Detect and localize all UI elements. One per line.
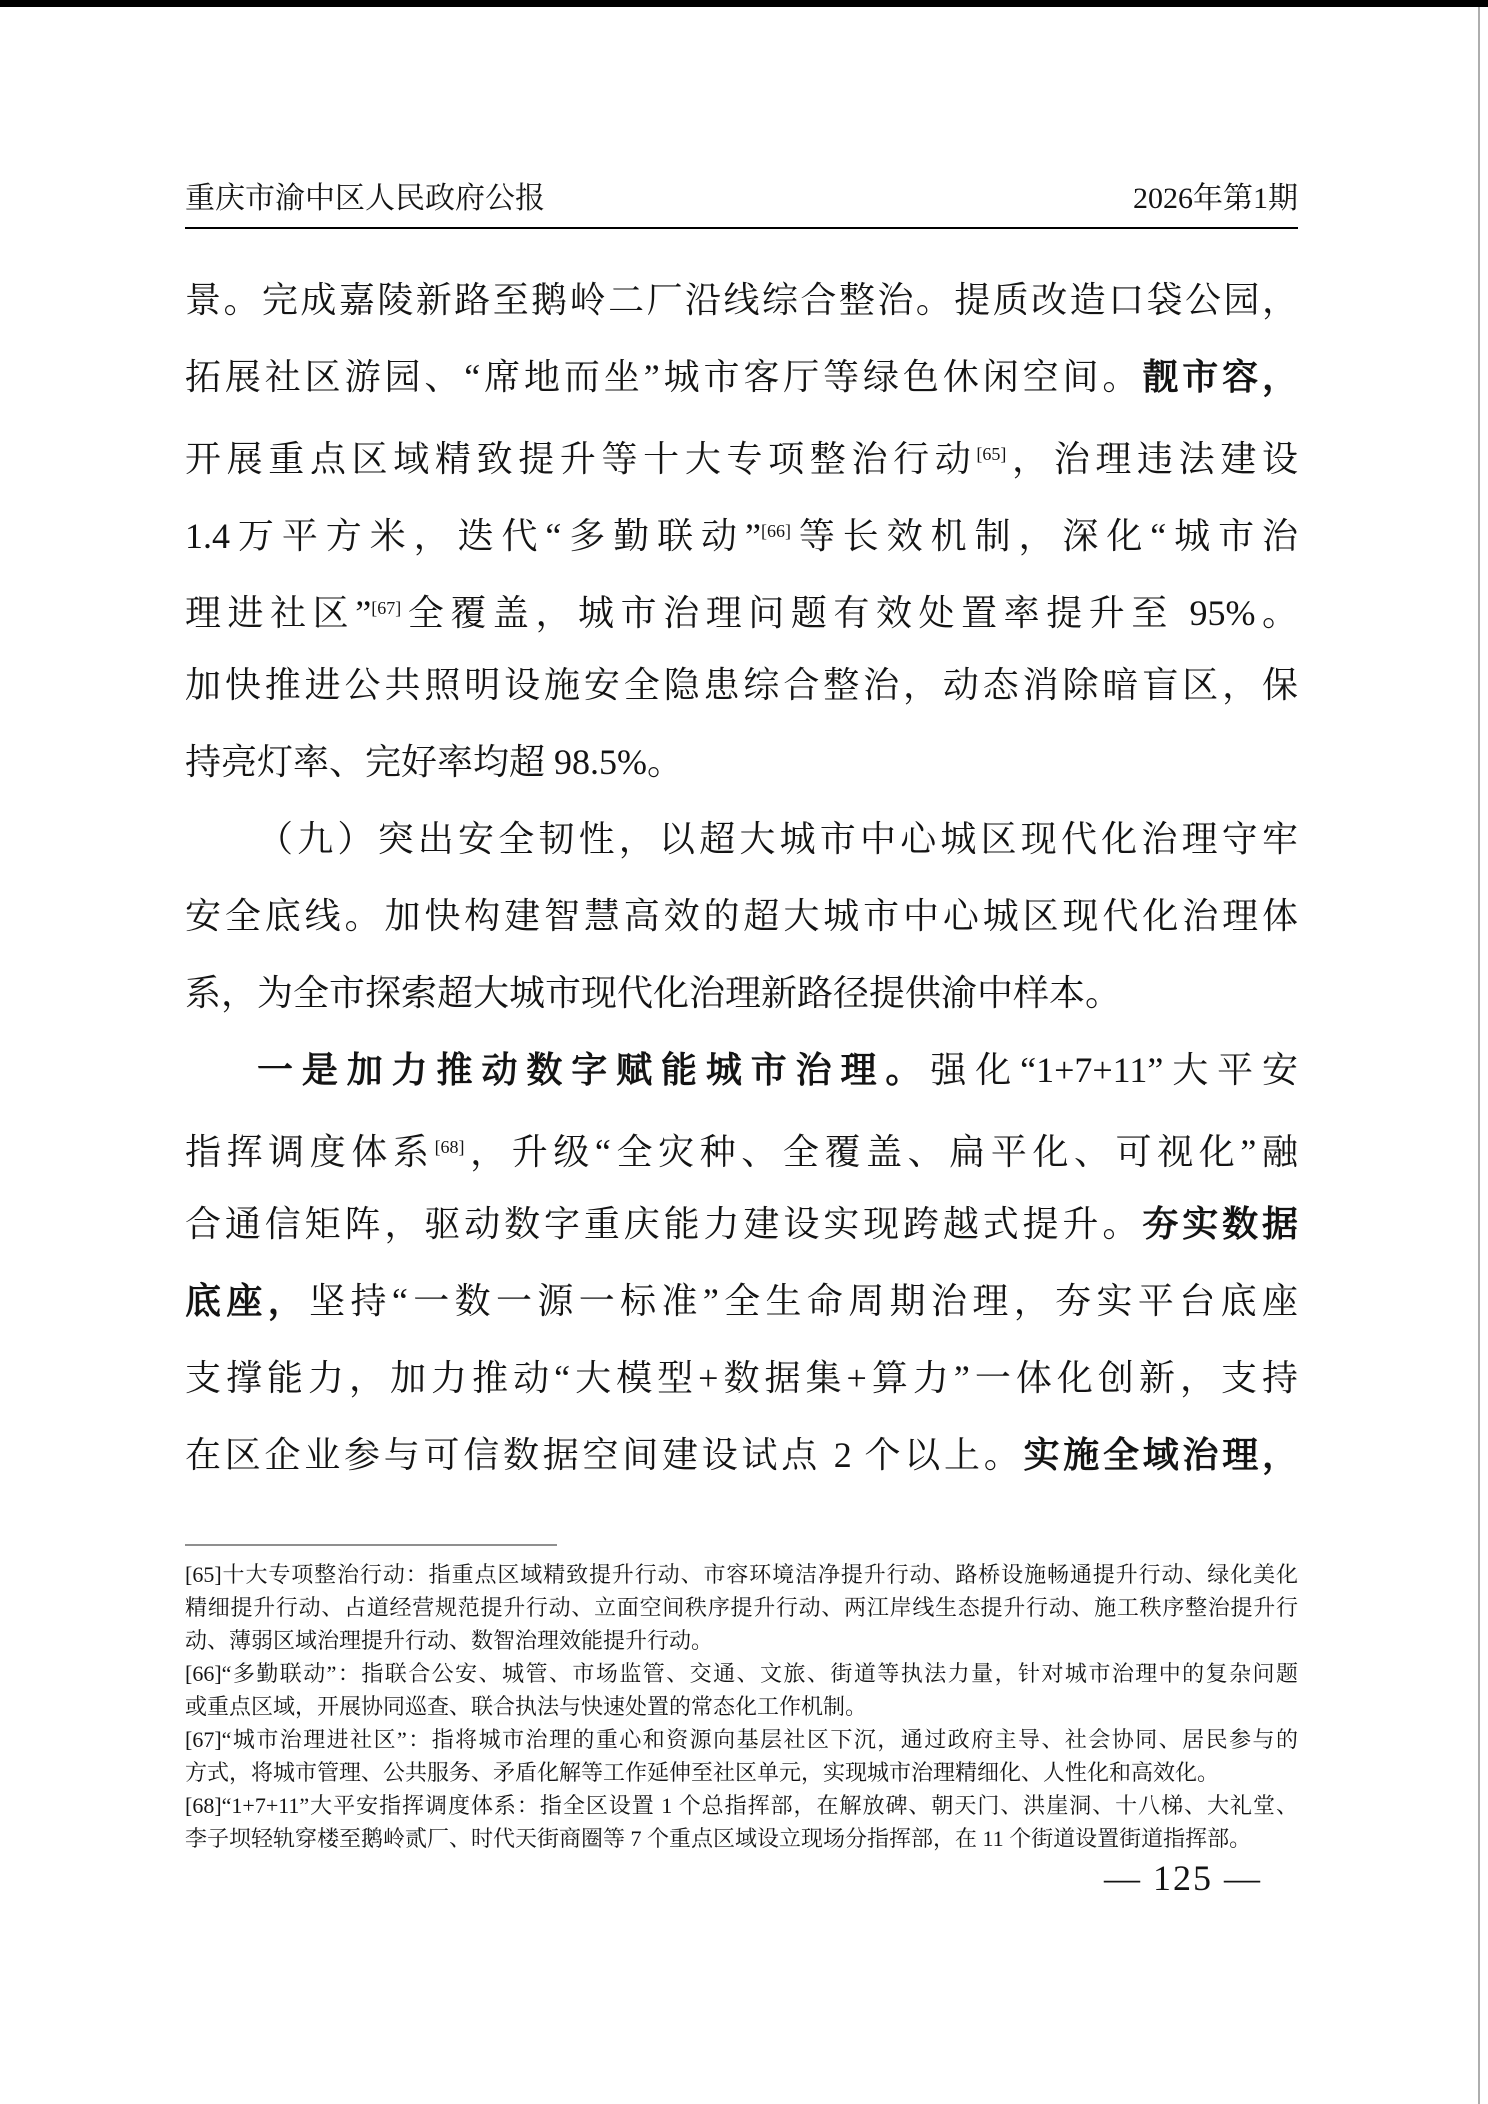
text-line: 持亮灯率、完好率均超 98.5%。 — [185, 724, 1298, 801]
text-line: 指挥调度体系[68]，升级“全灾种、全覆盖、扁平化、可视化”融 — [185, 1109, 1298, 1186]
text-line: 系，为全市探索超大城市现代化治理新路径提供渝中样本。 — [185, 955, 1298, 1032]
text-segment: 精细提升行动、占道经营规范提升行动、立面空间秩序提升行动、两江岸线生态提升行动、… — [185, 1595, 1298, 1620]
text-segment: 夯实数据 — [1142, 1204, 1298, 1244]
text-line: 动、薄弱区域治理提升行动、数智治理效能提升行动。 — [185, 1624, 1298, 1657]
text-segment: 在区企业参与可信数据空间建设试点 2 个以上。 — [185, 1435, 1023, 1475]
text-line: （九）突出安全韧性，以超大城市中心城区现代化治理守牢 — [185, 801, 1298, 878]
page-header: 重庆市渝中区人民政府公报 2026年第1期 — [185, 180, 1298, 218]
text-line: 李子坝轻轨穿楼至鹅岭贰厂、时代天街商圈等 7 个重点区域设立现场分指挥部，在 1… — [185, 1822, 1298, 1855]
text-segment: 底座， — [185, 1281, 309, 1321]
text-segment: 或重点区域，开展协同巡查、联合执法与快速处置的常态化工作机制。 — [185, 1694, 867, 1719]
text-segment: 等长效机制，深化“城市治 — [791, 516, 1298, 556]
text-segment: 理进社区” — [185, 593, 371, 633]
footnotes: [65]十大专项整治行动：指重点区域精致提升行动、市容环境洁净提升行动、路桥设施… — [185, 1558, 1298, 1855]
scan-right-edge — [1478, 7, 1480, 2104]
text-segment: 强化“1+7+11”大平安 — [930, 1050, 1298, 1090]
page-number: — 125 — — [1104, 1856, 1262, 1900]
text-line: 在区企业参与可信数据空间建设试点 2 个以上。实施全域治理， — [185, 1417, 1298, 1494]
header-issue-number: 2026年第1期 — [1133, 180, 1298, 218]
body-text: 景。完成嘉陵新路至鹅岭二厂沿线综合整治。提质改造口袋公园，拓展社区游园、“席地而… — [185, 262, 1298, 1494]
text-segment: [66]“多勤联动”：指联合公安、城管、市场监管、交通、文旅、街道等执法力量，针… — [185, 1661, 1298, 1686]
text-segment: 坚持“一数一源一标准”全生命周期治理，夯实平台底座 — [309, 1281, 1298, 1321]
footnote-separator — [185, 1544, 557, 1546]
footnote-marker: [66] — [761, 521, 791, 541]
text-segment: 动、薄弱区域治理提升行动、数智治理效能提升行动。 — [185, 1628, 713, 1653]
text-segment: 实施全域治理， — [1023, 1435, 1298, 1475]
text-line: 合通信矩阵，驱动数字重庆能力建设实现跨越式提升。夯实数据 — [185, 1186, 1298, 1263]
text-line: 方式，将城市管理、公共服务、矛盾化解等工作延伸至社区单元，实现城市治理精细化、人… — [185, 1756, 1298, 1789]
text-segment: 加快推进公共照明设施安全隐患综合整治，动态消除暗盲区，保 — [185, 665, 1298, 705]
text-line: 加快推进公共照明设施安全隐患综合整治，动态消除暗盲区，保 — [185, 647, 1298, 724]
text-segment: 合通信矩阵，驱动数字重庆能力建设实现跨越式提升。 — [185, 1204, 1142, 1244]
text-line: 景。完成嘉陵新路至鹅岭二厂沿线综合整治。提质改造口袋公园， — [185, 262, 1298, 339]
text-line: [68]“1+7+11”大平安指挥调度体系：指全区设置 1 个总指挥部，在解放碑… — [185, 1789, 1298, 1822]
text-line: 一是加力推动数字赋能城市治理。强化“1+7+11”大平安 — [185, 1032, 1298, 1109]
text-segment: 一是加力推动数字赋能城市治理。 — [257, 1050, 930, 1090]
text-segment: 方式，将城市管理、公共服务、矛盾化解等工作延伸至社区单元，实现城市治理精细化、人… — [185, 1760, 1219, 1785]
text-line: 支撑能力，加力推动“大模型+数据集+算力”一体化创新，支持 — [185, 1340, 1298, 1417]
text-segment: 李子坝轻轨穿楼至鹅岭贰厂、时代天街商圈等 7 个重点区域设立现场分指挥部，在 1… — [185, 1826, 1251, 1851]
text-segment: 全覆盖，城市治理问题有效处置率提升至 95%。 — [401, 593, 1298, 633]
text-segment: 景。完成嘉陵新路至鹅岭二厂沿线综合整治。提质改造口袋公园， — [185, 280, 1298, 320]
text-line: 理进社区”[67]全覆盖，城市治理问题有效处置率提升至 95%。 — [185, 570, 1298, 647]
text-segment: [68]“1+7+11”大平安指挥调度体系：指全区设置 1 个总指挥部，在解放碑… — [185, 1793, 1298, 1818]
text-line: 开展重点区域精致提升等十大专项整治行动[65]，治理违法建设 — [185, 416, 1298, 493]
text-segment: 拓展社区游园、“席地而坐”城市客厅等绿色休闲空间。 — [185, 357, 1142, 397]
text-segment: ，升级“全灾种、全覆盖、扁平化、可视化”融 — [465, 1132, 1298, 1172]
text-line: 精细提升行动、占道经营规范提升行动、立面空间秩序提升行动、两江岸线生态提升行动、… — [185, 1591, 1298, 1624]
text-segment: 1.4万平方米，迭代“多勤联动” — [185, 516, 761, 556]
text-segment: 开展重点区域精致提升等十大专项整治行动 — [185, 439, 976, 479]
footnote-marker: [65] — [976, 444, 1006, 464]
text-line: 底座，坚持“一数一源一标准”全生命周期治理，夯实平台底座 — [185, 1263, 1298, 1340]
footnote-marker: [68] — [435, 1137, 465, 1157]
text-segment: 支撑能力，加力推动“大模型+数据集+算力”一体化创新，支持 — [185, 1358, 1298, 1398]
text-line: 或重点区域，开展协同巡查、联合执法与快速处置的常态化工作机制。 — [185, 1690, 1298, 1723]
text-segment: [67]“城市治理进社区”：指将城市治理的重心和资源向基层社区下沉，通过政府主导… — [185, 1727, 1298, 1752]
text-segment: 指挥调度体系 — [185, 1132, 435, 1172]
header-publication-title: 重庆市渝中区人民政府公报 — [185, 180, 545, 218]
text-segment: 系，为全市探索超大城市现代化治理新路径提供渝中样本。 — [185, 973, 1121, 1013]
text-line: [66]“多勤联动”：指联合公安、城管、市场监管、交通、文旅、街道等执法力量，针… — [185, 1657, 1298, 1690]
text-line: 拓展社区游园、“席地而坐”城市客厅等绿色休闲空间。靓市容， — [185, 339, 1298, 416]
scan-top-edge — [0, 0, 1488, 7]
text-segment: 持亮灯率、完好率均超 98.5%。 — [185, 742, 683, 782]
text-segment: 安全底线。加快构建智慧高效的超大城市中心城区现代化治理体 — [185, 896, 1298, 936]
text-line: 安全底线。加快构建智慧高效的超大城市中心城区现代化治理体 — [185, 878, 1298, 955]
text-segment: （九）突出安全韧性，以超大城市中心城区现代化治理守牢 — [257, 819, 1298, 859]
text-line: [67]“城市治理进社区”：指将城市治理的重心和资源向基层社区下沉，通过政府主导… — [185, 1723, 1298, 1756]
footnote-marker: [67] — [371, 598, 401, 618]
header-rule — [185, 227, 1298, 229]
text-segment: [65]十大专项整治行动：指重点区域精致提升行动、市容环境洁净提升行动、路桥设施… — [185, 1562, 1298, 1587]
text-line: 1.4万平方米，迭代“多勤联动”[66]等长效机制，深化“城市治 — [185, 493, 1298, 570]
text-segment: 靓市容， — [1142, 357, 1298, 397]
text-line: [65]十大专项整治行动：指重点区域精致提升行动、市容环境洁净提升行动、路桥设施… — [185, 1558, 1298, 1591]
text-segment: ，治理违法建设 — [1006, 439, 1298, 479]
bulletin-page: 重庆市渝中区人民政府公报 2026年第1期 景。完成嘉陵新路至鹅岭二厂沿线综合整… — [0, 0, 1488, 2104]
